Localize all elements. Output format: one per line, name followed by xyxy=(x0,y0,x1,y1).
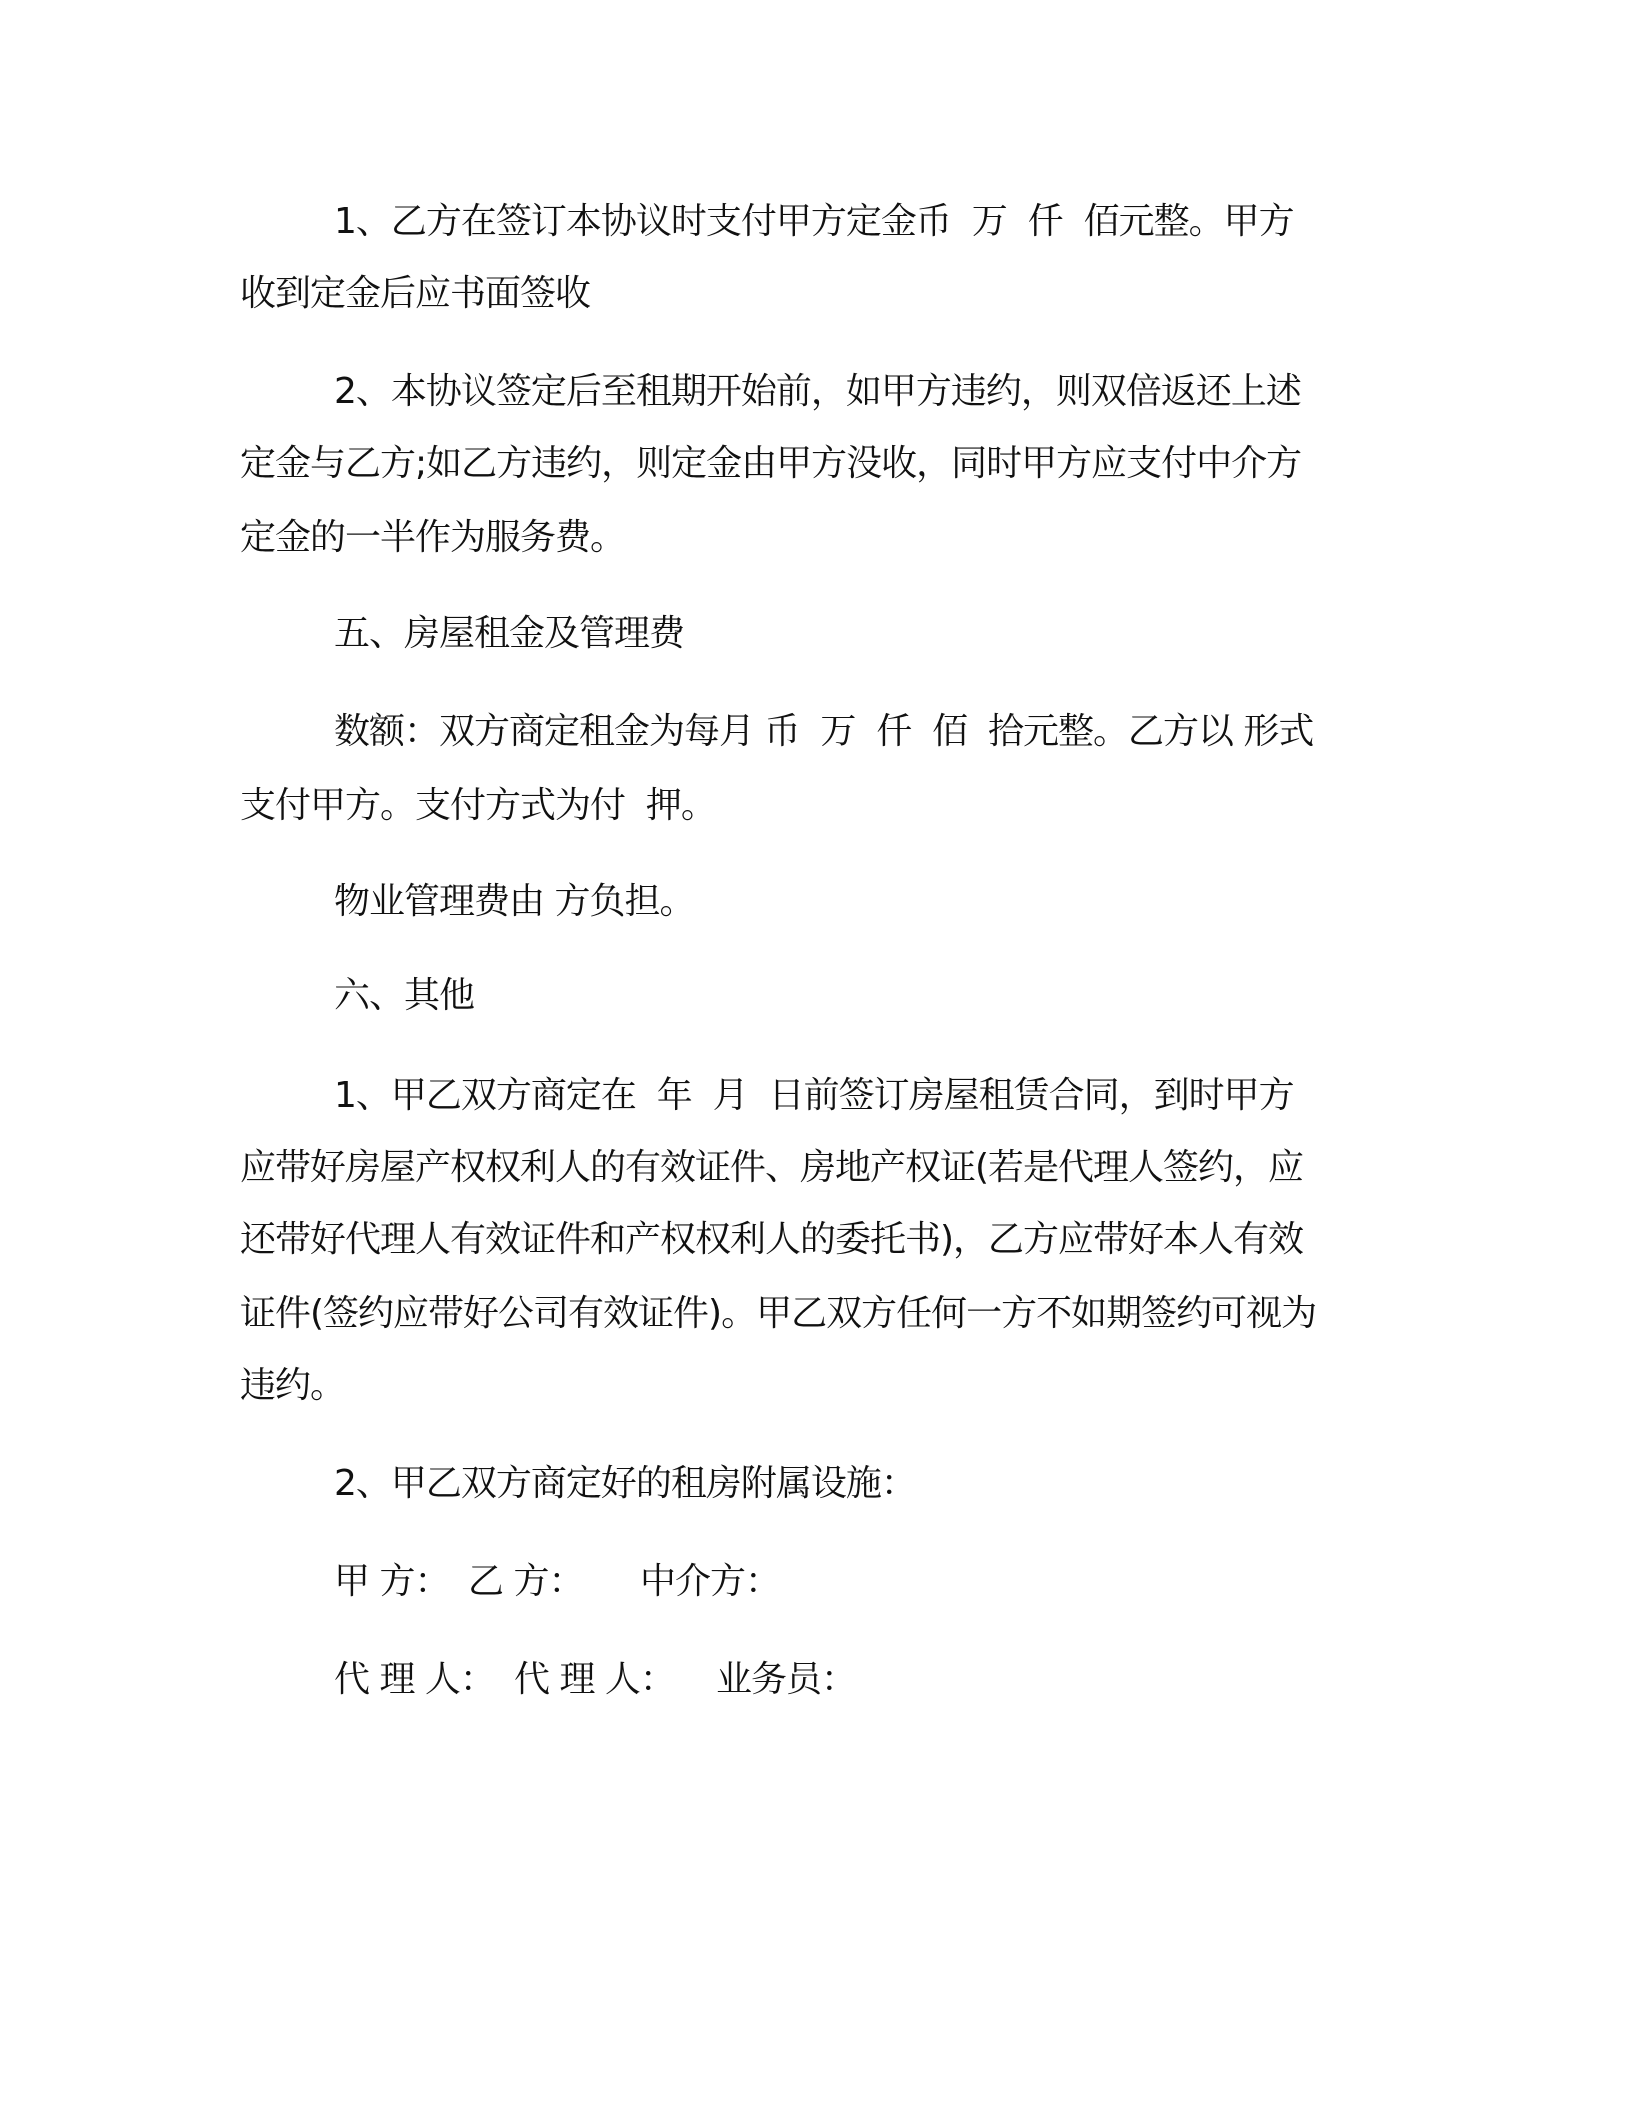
deposit-item-1-line-2: 收到定金后应书面签收 xyxy=(240,272,590,316)
deposit-item-2-line-3: 定金的一半作为服务费。 xyxy=(240,516,625,560)
other-item-1-line-1: 1、甲乙双方商定在 年 月 日前签订房屋租赁合同，到时甲方 xyxy=(334,1074,1294,1118)
rent-amount-line-1: 数额：双方商定租金为每月 币 万 仟 佰 拾元整。乙方以 形式 xyxy=(334,710,1313,754)
other-item-1-line-3: 还带好代理人有效证件和产权权利人的委托书)，乙方应带好本人有效 xyxy=(240,1218,1303,1262)
other-item-2: 2、甲乙双方商定好的租房附属设施： xyxy=(334,1462,916,1506)
signature-salesperson-label: 业务员： xyxy=(716,1658,856,1702)
signature-party-a-label: 甲 方： xyxy=(334,1560,449,1604)
signature-agent-a-label: 代 理 人： xyxy=(334,1658,495,1702)
deposit-item-2-line-2: 定金与乙方;如乙方违约，则定金由甲方没收，同时甲方应支付中介方 xyxy=(240,442,1301,486)
deposit-item-1-line-1: 1、乙方在签订本协议时支付甲方定金币 万 仟 佰元整。甲方 xyxy=(334,200,1294,244)
other-item-1-line-5: 违约。 xyxy=(240,1364,345,1408)
deposit-item-2-line-1: 2、本协议签定后至租期开始前，如甲方违约，则双倍返还上述 xyxy=(334,370,1301,414)
rent-amount-line-2: 支付甲方。支付方式为付 押。 xyxy=(240,784,716,828)
section-5-heading: 五、房屋租金及管理费 xyxy=(334,612,684,656)
section-6-heading: 六、其他 xyxy=(334,974,474,1018)
other-item-1-line-4: 证件(签约应带好公司有效证件)。甲乙双方任何一方不如期签约可视为 xyxy=(240,1292,1316,1336)
management-fee-clause: 物业管理费由 方负担。 xyxy=(334,880,694,924)
signature-party-b-label: 乙 方： xyxy=(468,1560,583,1604)
other-item-1-line-2: 应带好房屋产权权利人的有效证件、房地产权证(若是代理人签约，应 xyxy=(240,1146,1303,1190)
document-page: 1、乙方在签订本协议时支付甲方定金币 万 仟 佰元整。甲方 收到定金后应书面签收… xyxy=(0,0,1632,2112)
signature-agency-label: 中介方： xyxy=(640,1560,780,1604)
signature-agent-b-label: 代 理 人： xyxy=(514,1658,675,1702)
